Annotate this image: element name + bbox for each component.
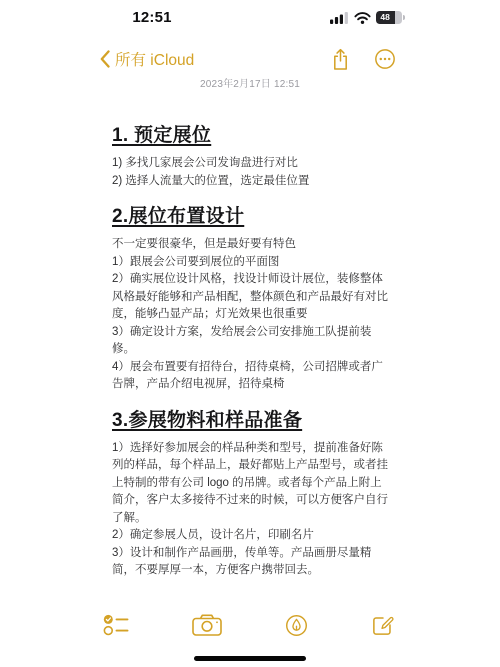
note-date: 2023年2月17日 12:51 bbox=[90, 75, 410, 90]
battery-percent: 48 bbox=[376, 11, 395, 24]
more-button[interactable] bbox=[374, 48, 396, 70]
signal-icon bbox=[330, 12, 349, 24]
note-line: 3）设计和制作产品画册，传单等。产品画册尽量精简，不要厚厚一本，方便客户携带回去… bbox=[112, 545, 388, 580]
battery-nub-icon bbox=[403, 15, 405, 20]
nav-actions bbox=[331, 48, 396, 71]
markup-button[interactable] bbox=[285, 614, 308, 637]
battery-icon: 48 bbox=[376, 11, 402, 24]
compose-icon bbox=[371, 614, 394, 637]
note-line: 1）选择好参加展会的样品种类和型号，提前准备好陈列的样品，每个样品上，最好都贴上… bbox=[112, 440, 388, 528]
home-indicator[interactable] bbox=[194, 656, 306, 661]
back-label: 所有 iCloud bbox=[115, 48, 194, 70]
section-heading: 3.参展物料和样品准备 bbox=[112, 408, 388, 433]
camera-button[interactable] bbox=[192, 614, 222, 636]
note-line: 1) 多找几家展会公司发询盘进行对比 bbox=[112, 155, 388, 173]
status-time: 12:51 bbox=[126, 9, 178, 26]
phone-screen: 12:51 48 bbox=[90, 0, 410, 667]
share-icon bbox=[331, 48, 350, 71]
camera-icon bbox=[192, 614, 222, 636]
section-heading: 2.展位布置设计 bbox=[112, 204, 388, 229]
note-line: 4）展会布置要有招待台，招待桌椅，公司招牌或者广告牌，产品介绍电视屏，招待桌椅 bbox=[112, 359, 388, 394]
note-line: 不一定要很豪华，但是最好要有特色 bbox=[112, 236, 388, 254]
wifi-icon bbox=[354, 12, 371, 24]
checklist-button[interactable] bbox=[103, 614, 129, 636]
markup-pen-icon bbox=[285, 614, 308, 637]
checklist-icon bbox=[103, 614, 129, 636]
chevron-left-icon bbox=[100, 50, 110, 68]
compose-button[interactable] bbox=[371, 614, 394, 637]
back-button[interactable]: 所有 iCloud bbox=[100, 48, 194, 70]
note-line: 1）跟展会公司要到展位的平面图 bbox=[112, 254, 388, 272]
status-bar: 12:51 48 bbox=[90, 0, 410, 36]
nav-bar: 所有 iCloud bbox=[100, 46, 396, 72]
notes-app-screenshot: 12:51 48 bbox=[0, 0, 500, 667]
note-content[interactable]: 1. 预定展位1) 多找几家展会公司发询盘进行对比2) 选择人流量大的位置，选定… bbox=[112, 123, 388, 580]
note-line: 2) 选择人流量大的位置，选定最佳位置 bbox=[112, 173, 388, 191]
bottom-toolbar bbox=[90, 606, 410, 644]
note-line: 2）确实展位设计风格，找设计师设计展位，装修整体风格最好能够和产品相配，整体颜色… bbox=[112, 271, 388, 324]
note-line: 3）确定设计方案，发给展会公司安排施工队提前装修。 bbox=[112, 324, 388, 359]
more-ellipsis-icon bbox=[374, 48, 396, 70]
status-icons: 48 bbox=[330, 11, 406, 24]
share-button[interactable] bbox=[331, 48, 350, 71]
note-line: 2）确定参展人员，设计名片，印刷名片 bbox=[112, 527, 388, 545]
section-heading: 1. 预定展位 bbox=[112, 123, 388, 148]
